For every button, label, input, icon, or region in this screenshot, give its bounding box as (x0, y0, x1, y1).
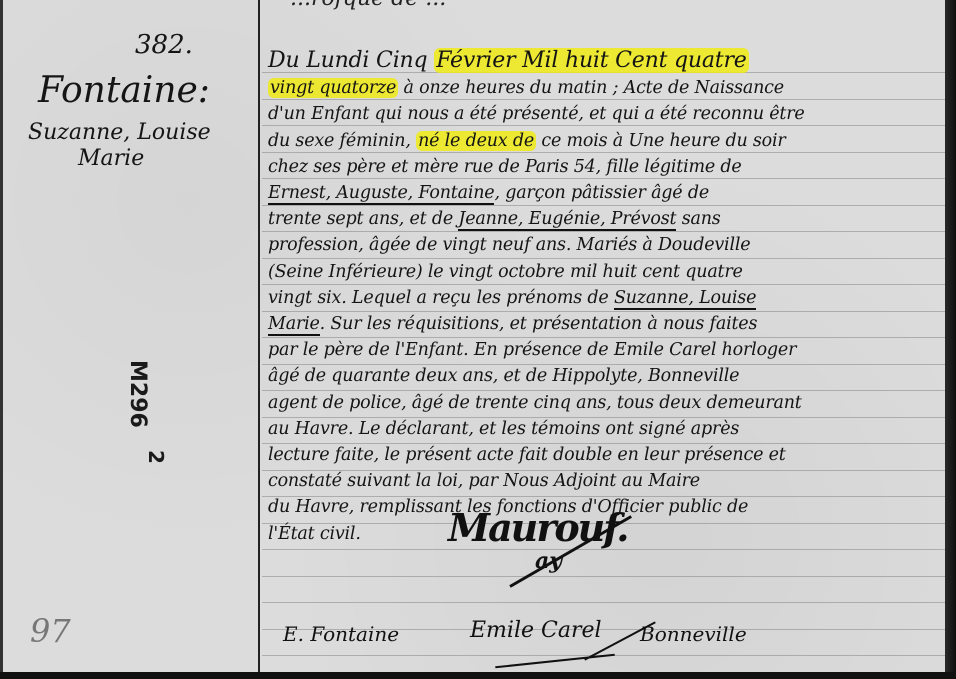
highlighted-text: vingt quatorze (268, 78, 398, 98)
line-text: profession, âgée de vingt neuf ans. Mari… (268, 235, 750, 255)
line-text: vingt six. Lequel a reçu les prénoms de (268, 288, 614, 308)
record-line: Du Lundi Cinq Février Mil huit Cent quat… (268, 48, 749, 73)
record-line: (Seine Inférieure) le vingt octobre mil … (268, 262, 743, 282)
line-text: Du Lundi Cinq (268, 48, 434, 73)
underlined-name: Jeanne, Eugénie, Prévost (458, 209, 676, 231)
ruled-line (262, 576, 945, 577)
ruled-line (262, 602, 945, 603)
line-text: lecture faite, le présent acte fait doub… (268, 445, 786, 465)
page-left-border (0, 0, 3, 672)
pencil-note: 97 (30, 612, 71, 650)
line-text: constaté suivant la loi, par Nous Adjoin… (268, 471, 700, 491)
record-line: d'un Enfant qui nous a été présenté, et … (268, 104, 805, 124)
ruled-line (262, 337, 945, 338)
signature-father: E. Fontaine (283, 622, 399, 646)
margin-given-names: Suzanne, Louise (28, 120, 211, 145)
ruled-line (262, 99, 945, 100)
line-text: (Seine Inférieure) le vingt octobre mil … (268, 262, 743, 282)
highlighted-text: né le deux de (416, 131, 536, 151)
ruled-line (262, 152, 945, 153)
previous-entry-fragment: ...rofqué de ... (290, 0, 446, 11)
record-line: vingt six. Lequel a reçu les prénoms de … (268, 288, 756, 308)
page-right-edge (945, 0, 956, 679)
record-line: vingt quatorze à onze heures du matin ; … (268, 78, 784, 98)
archive-stamp-sub: 2 (144, 450, 168, 464)
archive-stamp: M296 (125, 360, 150, 428)
line-text: trente sept ans, et de (268, 209, 458, 229)
margin-divider-line (258, 0, 260, 672)
record-line: profession, âgée de vingt neuf ans. Mari… (268, 235, 750, 255)
line-text: . Sur les réquisitions, et présentation … (320, 314, 758, 334)
line-text: chez ses père et mère rue de Paris 54, f… (268, 157, 742, 177)
line-text: au Havre. Le déclarant, et les témoins o… (268, 419, 739, 439)
page-bottom-edge (0, 672, 956, 679)
line-text: ce mois à Une heure du soir (536, 131, 786, 151)
signature-witness-carel: Emile Carel (470, 618, 602, 643)
record-line: par le père de l'Enfant. En présence de … (268, 340, 796, 360)
record-line: âgé de quarante deux ans, et de Hippolyt… (268, 366, 739, 386)
register-page: 382. Fontaine: Suzanne, Louise Marie M29… (0, 0, 945, 672)
ruled-line (262, 258, 945, 259)
record-line: Ernest, Auguste, Fontaine, garçon pâtiss… (268, 183, 709, 203)
line-text: agent de police, âgé de trente cinq ans,… (268, 393, 802, 413)
line-text: par le père de l'Enfant. En présence de … (268, 340, 796, 360)
line-text: sans (676, 209, 720, 229)
entry-number: 382. (135, 30, 193, 60)
line-text: l'État civil. (268, 524, 361, 544)
ruled-line (262, 284, 945, 285)
record-line: du sexe féminin, né le deux de ce mois à… (268, 131, 786, 151)
ruled-line (262, 231, 945, 232)
signature-witness-bonneville: Bonneville (640, 622, 747, 646)
highlighted-text: Février Mil huit Cent quatre (434, 48, 748, 73)
line-text: , garçon pâtissier âgé de (494, 183, 709, 203)
ruled-line (262, 364, 945, 365)
record-line: lecture faite, le présent acte fait doub… (268, 445, 786, 465)
signature-official: Maurouf. (448, 505, 628, 550)
record-line: l'État civil. (268, 524, 361, 544)
ruled-line (262, 311, 945, 312)
record-line: trente sept ans, et de Jeanne, Eugénie, … (268, 209, 721, 229)
line-text: à onze heures du matin ; Acte de Naissan… (398, 78, 784, 98)
ruled-line (262, 125, 945, 126)
line-text: âgé de quarante deux ans, et de Hippolyt… (268, 366, 739, 386)
line-text: du sexe féminin, (268, 131, 416, 151)
underlined-name: Marie (268, 314, 320, 336)
underlined-name: Suzanne, Louise (614, 288, 756, 310)
record-line: Marie. Sur les réquisitions, et présenta… (268, 314, 757, 334)
ruled-line (262, 443, 945, 444)
record-line: au Havre. Le déclarant, et les témoins o… (268, 419, 739, 439)
record-line: chez ses père et mère rue de Paris 54, f… (268, 157, 742, 177)
margin-surname: Fontaine: (38, 70, 210, 111)
record-line: agent de police, âgé de trente cinq ans,… (268, 393, 802, 413)
underlined-name: Ernest, Auguste, Fontaine (268, 183, 494, 205)
ruled-line (262, 390, 945, 391)
ruled-line (262, 205, 945, 206)
ruled-line (262, 178, 945, 179)
line-text: d'un Enfant qui nous a été présenté, et … (268, 104, 805, 124)
margin-given-names-2: Marie (78, 146, 144, 171)
record-line: constaté suivant la loi, par Nous Adjoin… (268, 471, 700, 491)
